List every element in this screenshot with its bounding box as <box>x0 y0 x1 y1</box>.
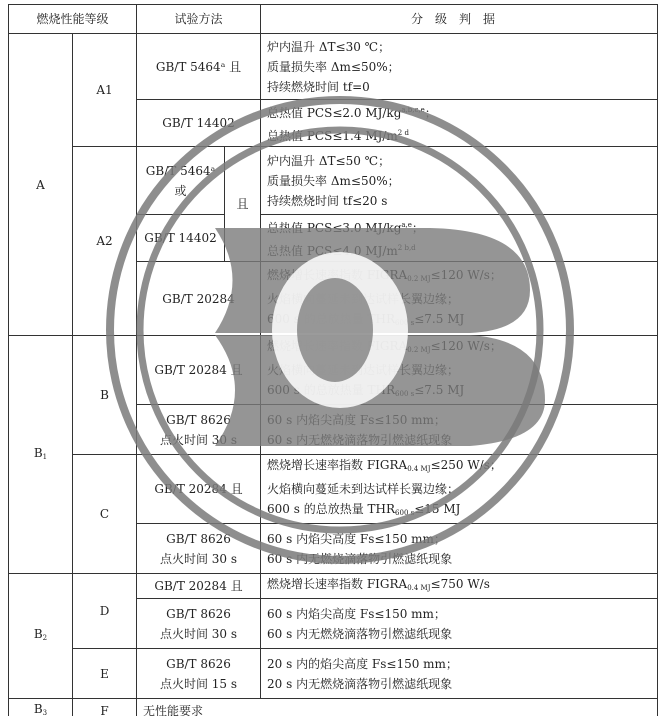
fire-performance-classification-table: 燃烧性能等级 试验方法 分级判据 A A1 GB/T 5464ᵃ 且 炉内温升 … <box>8 4 658 716</box>
method-cell: GB/T 8626点火时间 15 s <box>137 649 261 699</box>
method-cell: GB/T 20284 且 <box>137 455 261 524</box>
subgrade-a2: A2 <box>73 147 137 336</box>
subgrade-f: F <box>73 699 137 716</box>
criteria-cell: 燃烧增长速率指数 FIGRA0.2 MJ≤120 W/s； 火焰横向蔓延未到达试… <box>261 262 658 336</box>
grade-b3: B3 <box>9 699 73 716</box>
criteria-cell: 60 s 内焰尖高度 Fs≤150 mm；60 s 内无燃烧滴落物引燃滤纸现象 <box>261 405 658 455</box>
subgrade-e: E <box>73 649 137 699</box>
method-cell: GB/T 14402 <box>137 215 225 262</box>
table-row: B3 F 无性能要求 <box>9 699 658 716</box>
method-cell: GB/T 20284 <box>137 262 261 336</box>
criteria-cell: 燃烧增长速率指数 FIGRA0.4 MJ≤750 W/s <box>261 574 658 599</box>
criteria-cell: 燃烧增长速率指数 FIGRA0.2 MJ≤120 W/s； 火焰横向蔓延未到达试… <box>261 336 658 405</box>
grade-a: A <box>9 34 73 336</box>
table-row: B2 D GB/T 20284 且 燃烧增长速率指数 FIGRA0.4 MJ≤7… <box>9 574 658 599</box>
header-row: 燃烧性能等级 试验方法 分级判据 <box>9 5 658 34</box>
method-cell: GB/T 5464ᵃ 或 <box>137 147 225 215</box>
grade-b2: B2 <box>9 574 73 699</box>
criteria-cell: 炉内温升 ΔT≤30 ℃； 质量损失率 Δm≤50%； 持续燃烧时间 tf=0 <box>261 34 658 100</box>
table-row: A A1 GB/T 5464ᵃ 且 炉内温升 ΔT≤30 ℃； 质量损失率 Δm… <box>9 34 658 100</box>
table-row: C GB/T 20284 且 燃烧增长速率指数 FIGRA0.4 MJ≤250 … <box>9 455 658 524</box>
table-row: E GB/T 8626点火时间 15 s 20 s 内的焰尖高度 Fs≤150 … <box>9 649 658 699</box>
and-cell: 且 <box>225 147 261 262</box>
subgrade-d: D <box>73 574 137 649</box>
grade-b1: B1 <box>9 336 73 574</box>
method-cell: GB/T 20284 且 <box>137 336 261 405</box>
criteria-cell: 燃烧增长速率指数 FIGRA0.4 MJ≤250 W/s； 火焰横向蔓延未到达试… <box>261 455 658 524</box>
method-cell: GB/T 5464ᵃ 且 <box>137 34 261 100</box>
criteria-cell: 60 s 内焰尖高度 Fs≤150 mm；60 s 内无燃烧滴落物引燃滤纸现象 <box>261 524 658 574</box>
criteria-cell: 总热值 PCS≤3.0 MJ/kga,e； 总热值 PCS≤4.0 MJ/m2 … <box>261 215 658 262</box>
criteria-cell: 炉内温升 ΔT≤50 ℃； 质量损失率 Δm≤50%； 持续燃烧时间 tf≤20… <box>261 147 658 215</box>
no-requirement-cell: 无性能要求 <box>137 699 658 716</box>
method-cell: GB/T 14402 <box>137 100 261 147</box>
method-cell: GB/T 8626点火时间 30 s <box>137 524 261 574</box>
criteria-cell: 20 s 内的焰尖高度 Fs≤150 mm；20 s 内无燃烧滴落物引燃滤纸现象 <box>261 649 658 699</box>
table-row: B1 B GB/T 20284 且 燃烧增长速率指数 FIGRA0.2 MJ≤1… <box>9 336 658 405</box>
header-criteria: 分级判据 <box>261 5 658 34</box>
header-method: 试验方法 <box>137 5 261 34</box>
method-cell: GB/T 8626点火时间 30 s <box>137 405 261 455</box>
subgrade-b: B <box>73 336 137 455</box>
criteria-cell: 总热值 PCS≤2.0 MJ/kga,b,c,e； 总热值 PCS≤1.4 MJ… <box>261 100 658 147</box>
header-grade: 燃烧性能等级 <box>9 5 137 34</box>
subgrade-a1: A1 <box>73 34 137 147</box>
table-row: A2 GB/T 5464ᵃ 或 且 炉内温升 ΔT≤50 ℃； 质量损失率 Δm… <box>9 147 658 215</box>
criteria-cell: 60 s 内焰尖高度 Fs≤150 mm；60 s 内无燃烧滴落物引燃滤纸现象 <box>261 599 658 649</box>
method-cell: GB/T 20284 且 <box>137 574 261 599</box>
method-cell: GB/T 8626点火时间 30 s <box>137 599 261 649</box>
subgrade-c: C <box>73 455 137 574</box>
